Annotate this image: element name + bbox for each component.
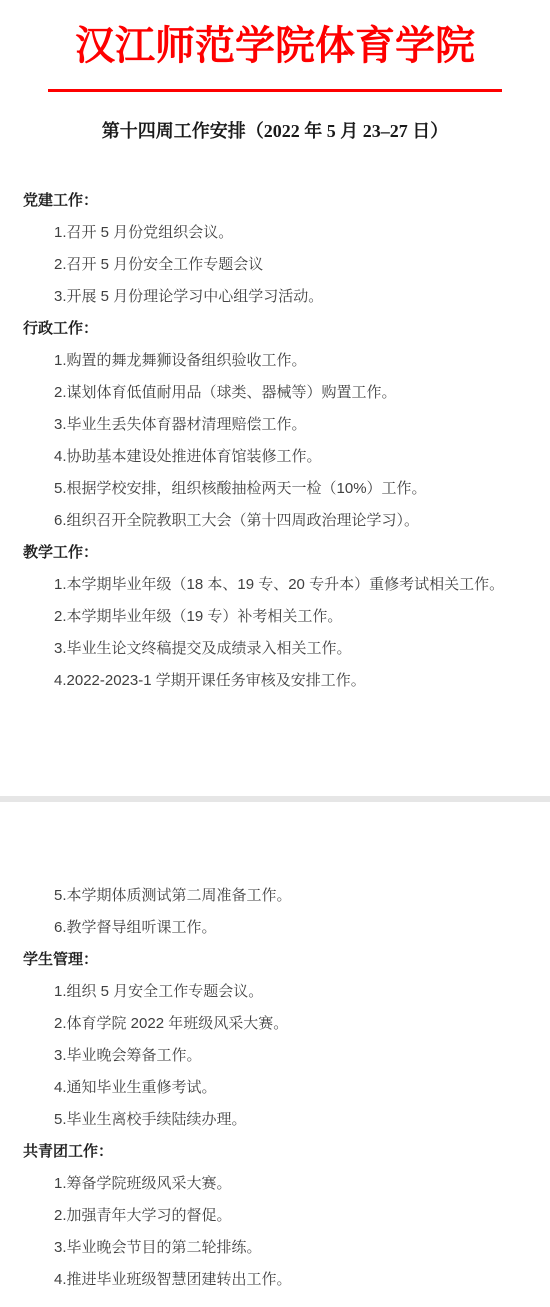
- work-item: 4.通知毕业生重修考试。: [54, 1072, 550, 1104]
- page-1: 汉江师范学院体育学院 第十四周工作安排（2022 年 5 月 23–27 日） …: [0, 0, 550, 796]
- page-2: 5.本学期体质测试第二周准备工作。6.教学督导组听课工作。学生管理：1.组织 5…: [0, 802, 550, 1307]
- work-item: 3.毕业晚会筹备工作。: [54, 1040, 550, 1072]
- work-item: 1.组织 5 月安全工作专题会议。: [54, 976, 550, 1008]
- work-item: 1.购置的舞龙舞狮设备组织验收工作。: [54, 345, 550, 377]
- work-item: 2.体育学院 2022 年班级风采大赛。: [54, 1008, 550, 1040]
- work-item: 5.根据学校安排，组织核酸抽检两天一检（10%）工作。: [54, 473, 550, 505]
- section-heading: 行政工作：: [23, 313, 550, 345]
- work-item: 1.本学期毕业年级（18 本、19 专、20 专升本）重修考试相关工作。: [54, 569, 550, 601]
- work-item: 3.开展 5 月份理论学习中心组学习活动。: [54, 281, 550, 313]
- title-divider: [48, 89, 502, 92]
- work-item: 4.协助基本建设处推进体育馆装修工作。: [54, 441, 550, 473]
- work-item: 3.毕业晚会节目的第二轮排练。: [54, 1232, 550, 1264]
- work-item: 5.本学期体质测试第二周准备工作。: [54, 880, 550, 912]
- work-item: 4.推进毕业班级智慧团建转出工作。: [54, 1264, 550, 1296]
- section-heading: 党建工作：: [23, 185, 550, 217]
- work-item: 4.2022-2023-1 学期开课任务审核及安排工作。: [54, 665, 550, 697]
- work-item: 2.谋划体育低值耐用品（球类、器械等）购置工作。: [54, 377, 550, 409]
- work-item: 2.本学期毕业年级（19 专）补考相关工作。: [54, 601, 550, 633]
- work-item: 3.毕业生丢失体育器材清理赔偿工作。: [54, 409, 550, 441]
- document-title: 汉江师范学院体育学院: [0, 20, 550, 72]
- section-heading: 学生管理：: [23, 944, 550, 976]
- work-item: 6.教学督导组听课工作。: [54, 912, 550, 944]
- work-item: 2.加强青年大学习的督促。: [54, 1200, 550, 1232]
- section-heading: 共青团工作：: [23, 1136, 550, 1168]
- work-item: 2.召开 5 月份安全工作专题会议: [54, 249, 550, 281]
- page-1-content: 党建工作：1.召开 5 月份党组织会议。2.召开 5 月份安全工作专题会议3.开…: [0, 185, 550, 697]
- document: 汉江师范学院体育学院 第十四周工作安排（2022 年 5 月 23–27 日） …: [0, 0, 550, 1307]
- work-item: 1.召开 5 月份党组织会议。: [54, 217, 550, 249]
- section-heading: 教学工作：: [23, 537, 550, 569]
- work-item: 5.毕业生离校手续陆续办理。: [54, 1104, 550, 1136]
- work-item: 3.毕业生论文终稿提交及成绩录入相关工作。: [54, 633, 550, 665]
- work-item: 6.组织召开全院教职工大会（第十四周政治理论学习）。: [54, 505, 550, 537]
- work-item: 1.筹备学院班级风采大赛。: [54, 1168, 550, 1200]
- page-2-content: 5.本学期体质测试第二周准备工作。6.教学督导组听课工作。学生管理：1.组织 5…: [0, 880, 550, 1296]
- document-subtitle: 第十四周工作安排（2022 年 5 月 23–27 日）: [0, 119, 550, 143]
